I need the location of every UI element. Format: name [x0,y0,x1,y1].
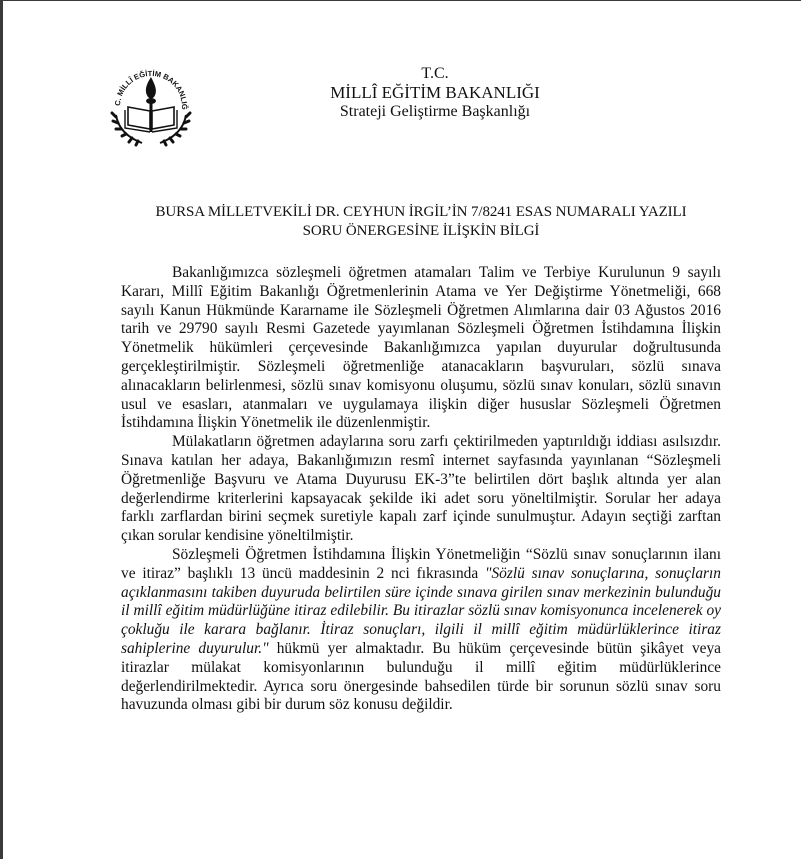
letterhead-country: T.C. [300,64,570,83]
ministry-emblem-icon: T.C. MİLLÎ EĞİTİM BAKANLIĞI [108,57,194,147]
subject-line-1: BURSA MİLLETVEKİLİ DR. CEYHUN İRGİL’İN 7… [121,203,721,222]
paragraph-2: Mülakatların öğretmen adaylarına soru za… [121,433,721,546]
document-subject: BURSA MİLLETVEKİLİ DR. CEYHUN İRGİL’İN 7… [121,203,721,241]
paragraph-1: Bakanlığımızca sözleşmeli öğretmen atama… [121,264,721,433]
paragraph-3: Sözleşmeli Öğretmen İstihdamına İlişkin … [121,546,721,715]
viewer-frame-left-border [0,0,3,859]
letterhead-ministry: MİLLÎ EĞİTİM BAKANLIĞI [300,83,570,102]
letterhead: T.C. MİLLÎ EĞİTİM BAKANLIĞI Strateji Gel… [300,64,570,121]
document-body: Bakanlığımızca sözleşmeli öğretmen atama… [121,264,721,715]
viewer-frame-top-border [0,0,801,1]
letterhead-department: Strateji Geliştirme Başkanlığı [300,102,570,121]
subject-line-2: SORU ÖNERGESİNE İLİŞKİN BİLGİ [121,222,721,241]
